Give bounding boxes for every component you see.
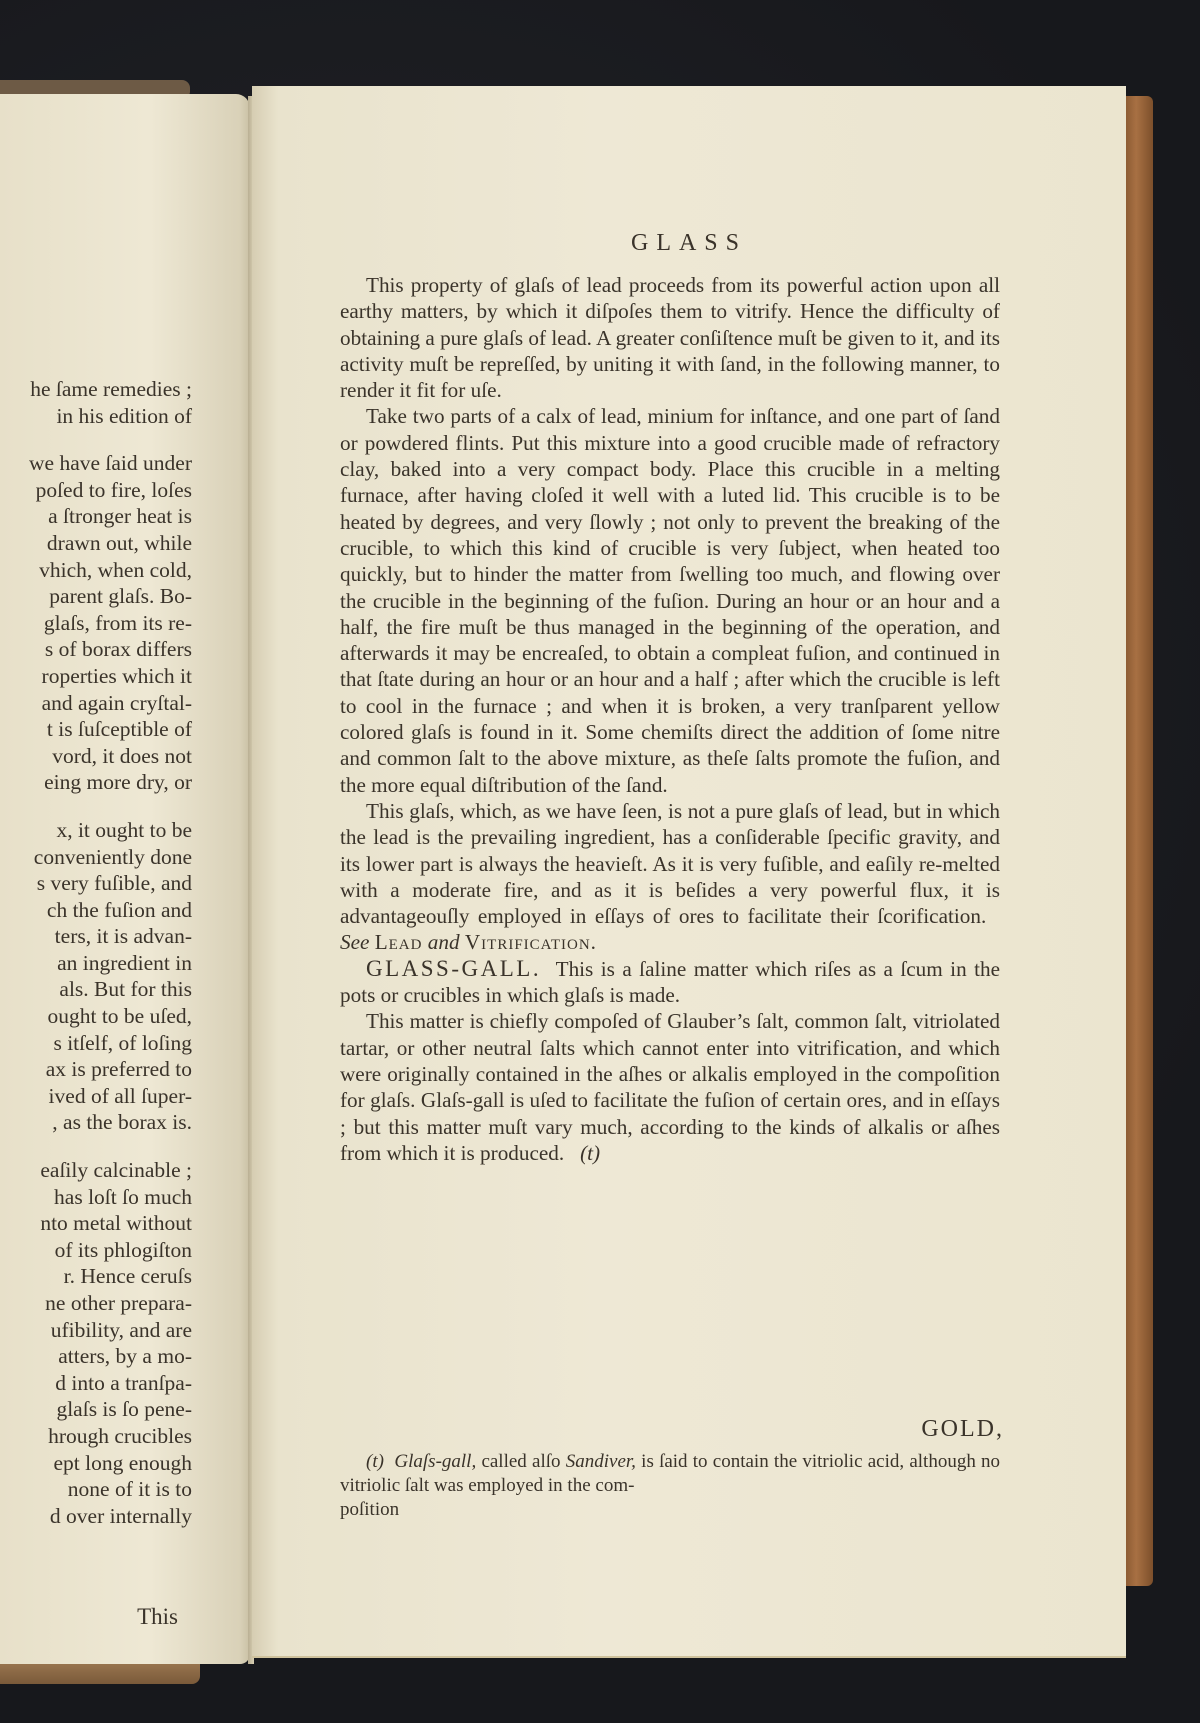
- text-line: ax is preferred to: [0, 1056, 192, 1083]
- see-reference: See: [340, 930, 369, 954]
- text-line: ters, it is advan-: [0, 923, 192, 950]
- text-line: of its phlogiſton: [0, 1237, 192, 1264]
- text-line: , as the borax is.: [0, 1109, 192, 1136]
- left-page-catchword: This: [137, 1604, 178, 1630]
- text-line: ought to be uſed,: [0, 1003, 192, 1030]
- text-line: we have ſaid under: [0, 450, 192, 477]
- text-line: ived of all ſuper-: [0, 1083, 192, 1110]
- entry-headword: GLASS-GALL.: [366, 956, 541, 981]
- cross-reference-lead[interactable]: Lead: [375, 930, 423, 954]
- text-line: d into a tranſpa-: [0, 1370, 192, 1397]
- text-line: has loſt ſo much: [0, 1184, 192, 1211]
- text-line: roperties which it: [0, 663, 192, 690]
- text-line: he ſame remedies ;: [0, 376, 192, 403]
- text-line: nto metal without: [0, 1210, 192, 1237]
- text-line: als. But for this: [0, 976, 192, 1003]
- page-body: This property of glaſs of lead proceeds …: [340, 272, 1000, 1166]
- footnote-reference[interactable]: (t): [580, 1141, 600, 1165]
- text-line: s very fuſible, and: [0, 870, 192, 897]
- text-line: ept long enough: [0, 1450, 192, 1477]
- text-line: poſed to fire, loſes: [0, 477, 192, 504]
- paragraph-gap: [0, 1136, 192, 1157]
- text-line: a ſtronger heat is: [0, 503, 192, 530]
- conjunction: and: [428, 930, 460, 954]
- text-line: glaſs, from its re-: [0, 610, 192, 637]
- left-page: he ſame remedies ; in his edition ofwe h…: [0, 94, 250, 1664]
- text-line: eaſily calcinable ;: [0, 1157, 192, 1184]
- text-line: glaſs is ſo pene-: [0, 1396, 192, 1423]
- paragraph-preparation-method: Take two parts of a calx of lead, minium…: [340, 403, 1000, 797]
- text-line: conveniently done: [0, 844, 192, 871]
- footnote-called-also: called alſo: [481, 1451, 560, 1472]
- text-line: x, it ought to be: [0, 817, 192, 844]
- text-line: vhich, when cold,: [0, 557, 192, 584]
- paragraph-text: This matter is chiefly compoſed of Glaub…: [340, 1009, 1000, 1164]
- text-line: s itſelf, of loſing: [0, 1030, 192, 1057]
- footnote: (t) Glaſs-gall, called alſo Sandiver, is…: [340, 1450, 1000, 1522]
- text-line: t is ſuſceptible of: [0, 716, 192, 743]
- text-line: atters, by a mo-: [0, 1343, 192, 1370]
- cross-reference-vitrification[interactable]: Vitrification.: [465, 930, 597, 954]
- paragraph-glass-gall-composition: This matter is chiefly compoſed of Glaub…: [340, 1008, 1000, 1166]
- footnote-term: Glaſs-gall,: [394, 1451, 476, 1472]
- text-line: hrough crucibles: [0, 1423, 192, 1450]
- left-page-text: he ſame remedies ; in his edition ofwe h…: [0, 376, 192, 1529]
- text-line: drawn out, while: [0, 530, 192, 557]
- text-line: an ingredient in: [0, 950, 192, 977]
- book-cover-edge-right: [1125, 96, 1153, 1586]
- text-line: none of it is to: [0, 1476, 192, 1503]
- paragraph-gap: [0, 796, 192, 817]
- text-line: r. Hence ceruſs: [0, 1263, 192, 1290]
- footnote-marker: (t): [366, 1451, 384, 1472]
- text-line: and again cryſtal-: [0, 690, 192, 717]
- text-line: ch the fuſion and: [0, 897, 192, 924]
- text-line: d over internally: [0, 1503, 192, 1530]
- text-line: in his edition of: [0, 403, 192, 430]
- paragraph-glass-properties: This glaſs, which, as we have ſeen, is n…: [340, 798, 1000, 956]
- text-line: ne other prepara-: [0, 1290, 192, 1317]
- right-page-catchword: GOLD,: [921, 1416, 1004, 1443]
- running-head: GLASS: [252, 230, 1126, 257]
- paragraph-glass-of-lead-property: This property of glaſs of lead proceeds …: [340, 272, 1000, 403]
- text-line: s of borax differs: [0, 636, 192, 663]
- footnote-synonym: Sandiver,: [566, 1451, 636, 1472]
- text-line: ufibility, and are: [0, 1317, 192, 1344]
- paragraph-gap: [0, 429, 192, 450]
- text-line: parent glaſs. Bo-: [0, 583, 192, 610]
- footnote-continued-word: poſition: [340, 1498, 1000, 1522]
- entry-glass-gall: GLASS-GALL. This is a ſaline matter whic…: [340, 956, 1000, 1009]
- book-cover-edge-bottom: [0, 1662, 200, 1684]
- right-page: GLASS This property of glaſs of lead pro…: [252, 86, 1126, 1658]
- paragraph-text: This glaſs, which, as we have ſeen, is n…: [340, 799, 1000, 928]
- text-line: vord, it does not: [0, 743, 192, 770]
- text-line: eing more dry, or: [0, 769, 192, 796]
